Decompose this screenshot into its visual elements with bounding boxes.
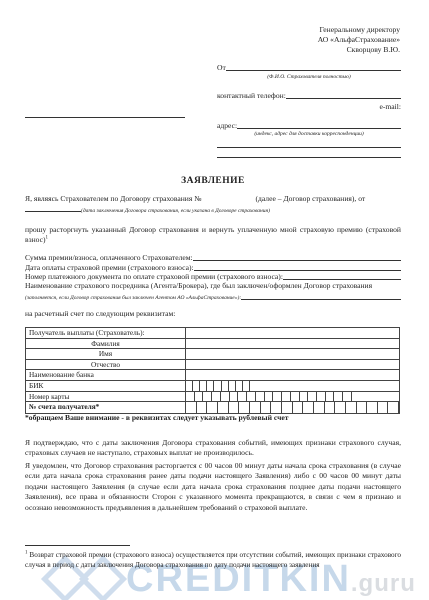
digit-cell xyxy=(346,402,357,413)
application-document-page: CREDITKIN.guru Генеральному директору АО… xyxy=(0,0,429,600)
table-row-firstname: Имя xyxy=(26,349,399,360)
digit-cell xyxy=(317,392,326,402)
digit-cell xyxy=(335,402,346,413)
digit-cell xyxy=(207,402,218,413)
from-field: От xyxy=(217,63,401,72)
para2-text: прошу расторгнуть указанный Договор стра… xyxy=(25,225,401,244)
para1-text-end: (далее – Договор страхования), от xyxy=(255,194,365,203)
premium-sum-blank xyxy=(193,260,401,261)
footnote-text: 1 Возврат страховой премии (страхового в… xyxy=(25,550,401,571)
digit-cell xyxy=(282,392,291,402)
recipient-line: Скворцову В.Ю. xyxy=(318,45,400,55)
ruble-account-note: *обращаем Ваше внимание - в реквизитах с… xyxy=(25,413,401,422)
footnote-separator xyxy=(25,545,130,547)
table-row-bank-name: Наименование банка xyxy=(26,370,399,381)
row-label: БИК xyxy=(26,381,186,391)
row-label: Отчество xyxy=(26,360,186,370)
table-row-surname: Фамилия xyxy=(26,339,399,350)
paragraph-confirmation: Я подтверждаю, что с даты заключения Дог… xyxy=(25,438,401,459)
digit-cell xyxy=(367,402,378,413)
table-row-patronymic: Отчество xyxy=(26,360,399,371)
row-value-cell xyxy=(186,328,399,338)
agent-name-label: Наименование страхового посредника (Аген… xyxy=(25,281,401,291)
from-label: От xyxy=(217,63,226,72)
requisites-intro: на расчетный счет по следующим реквизита… xyxy=(25,309,401,319)
address-field: адрес: xyxy=(217,121,401,130)
paragraph-request: прошу расторгнуть указанный Договор стра… xyxy=(25,225,401,246)
digit-cell xyxy=(343,392,352,402)
digit-cell xyxy=(214,381,221,391)
digit-cell xyxy=(378,402,389,413)
para1-text-start: Я, являясь Страхователем по Договору стр… xyxy=(25,194,201,203)
digit-cell xyxy=(239,402,250,413)
digit-cell xyxy=(271,402,282,413)
row-label: № счета получателя* xyxy=(26,402,186,413)
recipient-line: АО «АльфаСтрахование» xyxy=(318,35,400,45)
digit-cell xyxy=(256,392,265,402)
digit-cell xyxy=(300,392,309,402)
digit-cell xyxy=(229,402,240,413)
row-label: Имя xyxy=(26,349,186,359)
row-value-cell xyxy=(186,381,399,391)
row-value-cell xyxy=(186,349,399,359)
footnote-number: 1 xyxy=(25,551,28,556)
digit-cell xyxy=(261,402,272,413)
card-digit-grid xyxy=(186,392,352,402)
digit-cell xyxy=(221,392,230,402)
digit-cell xyxy=(243,381,250,391)
payment-date-field: Дата оплаты страховой премии (страхового… xyxy=(25,262,401,272)
row-label: Номер карты xyxy=(26,392,186,402)
digit-cell xyxy=(236,381,243,391)
address-blank-line-2 xyxy=(217,140,401,148)
row-value-cell xyxy=(186,402,399,413)
digit-cell xyxy=(195,392,204,402)
digit-cell xyxy=(357,402,368,413)
digit-cell xyxy=(186,381,193,391)
digit-cell xyxy=(247,392,256,402)
digit-cell xyxy=(186,392,195,402)
digit-cell xyxy=(265,392,274,402)
payment-doc-number-label: Номер платежного документа по оплате стр… xyxy=(25,272,283,281)
digit-cell xyxy=(222,381,229,391)
row-value-cell xyxy=(186,370,399,380)
account-digit-grid xyxy=(186,402,399,413)
digit-cell xyxy=(334,392,343,402)
agent-name-blank xyxy=(241,299,401,300)
phone-label: контактный телефон: xyxy=(217,91,286,100)
digit-cell xyxy=(218,402,229,413)
email-label: e-mail: xyxy=(217,102,401,111)
digit-cell xyxy=(238,392,247,402)
table-row-account-number: № счета получателя* xyxy=(26,402,399,413)
agent-name-field: (заполняется, если Договор страхования б… xyxy=(25,291,401,301)
contract-date-blank xyxy=(25,204,81,212)
digit-cell xyxy=(325,402,336,413)
phone-field: контактный телефон: xyxy=(217,91,401,100)
digit-cell xyxy=(282,402,293,413)
para1-caption: (дата заключения Договора страхования, е… xyxy=(81,208,270,214)
row-label: Фамилия xyxy=(26,339,186,349)
bik-digit-grid xyxy=(186,381,250,391)
digit-cell xyxy=(229,381,236,391)
paragraph-contract-number: Я, являясь Страхователем по Договору стр… xyxy=(25,194,401,217)
digit-cell xyxy=(230,392,239,402)
digit-cell xyxy=(197,402,208,413)
payment-date-blank xyxy=(194,270,401,271)
row-label: Получатель выплаты (Страхователь): xyxy=(26,328,186,338)
row-value-cell xyxy=(186,392,399,402)
watermark-suffix: .guru xyxy=(351,570,416,597)
footnote-marker: 1 xyxy=(46,236,49,241)
digit-cell xyxy=(250,402,261,413)
recipient-block: Генеральному директору АО «АльфаСтрахова… xyxy=(318,25,400,55)
from-blank-line xyxy=(226,70,401,71)
table-row-recipient: Получатель выплаты (Страхователь): xyxy=(26,328,399,339)
digit-cell xyxy=(212,392,221,402)
digit-cell xyxy=(388,402,399,413)
digit-cell xyxy=(293,402,304,413)
digit-cell xyxy=(291,392,300,402)
address-caption: (индекс, адрес для доставки корреспонден… xyxy=(219,131,399,137)
digit-cell xyxy=(186,402,197,413)
table-row-card-number: Номер карты xyxy=(26,392,399,403)
digit-cell xyxy=(273,392,282,402)
document-title: ЗАЯВЛЕНИЕ xyxy=(25,176,401,186)
table-row-bik: БИК xyxy=(26,381,399,392)
row-label: Наименование банка xyxy=(26,370,186,380)
digit-cell xyxy=(308,392,317,402)
digit-cell xyxy=(314,402,325,413)
digit-cell xyxy=(203,392,212,402)
row-value-cell xyxy=(186,339,399,349)
from-caption: (Ф.И.О. Страхователя полностью) xyxy=(227,74,391,80)
row-value-cell xyxy=(186,360,399,370)
address-blank-line xyxy=(237,128,401,129)
phone-blank-line xyxy=(286,98,401,99)
payment-details: Сумма премии/взноса, оплаченного Страхов… xyxy=(25,252,401,301)
paragraph-notification: Я уведомлен, что Договор страхования рас… xyxy=(25,461,401,513)
address-label: адрес: xyxy=(217,121,237,130)
digit-cell xyxy=(207,381,214,391)
address-blank-line-3 xyxy=(217,150,401,158)
digit-cell xyxy=(200,381,207,391)
agent-name-note: (заполняется, если Договор страхования б… xyxy=(25,295,241,301)
digit-cell xyxy=(193,381,200,391)
recipient-line: Генеральному директору xyxy=(318,25,400,35)
payment-doc-number-blank xyxy=(283,279,401,280)
digit-cell xyxy=(326,392,335,402)
requisites-table: Получатель выплаты (Страхователь): Фамил… xyxy=(25,327,400,414)
payment-date-label: Дата оплаты страховой премии (страхового… xyxy=(25,263,194,272)
payment-doc-number-field: Номер платежного документа по оплате стр… xyxy=(25,272,401,282)
digit-cell xyxy=(303,402,314,413)
footnote-body: Возврат страховой премии (страхового взн… xyxy=(25,551,401,569)
premium-sum-label: Сумма премии/взноса, оплаченного Страхов… xyxy=(25,253,193,262)
premium-sum-field: Сумма премии/взноса, оплаченного Страхов… xyxy=(25,252,401,262)
left-blank-line xyxy=(25,110,185,118)
